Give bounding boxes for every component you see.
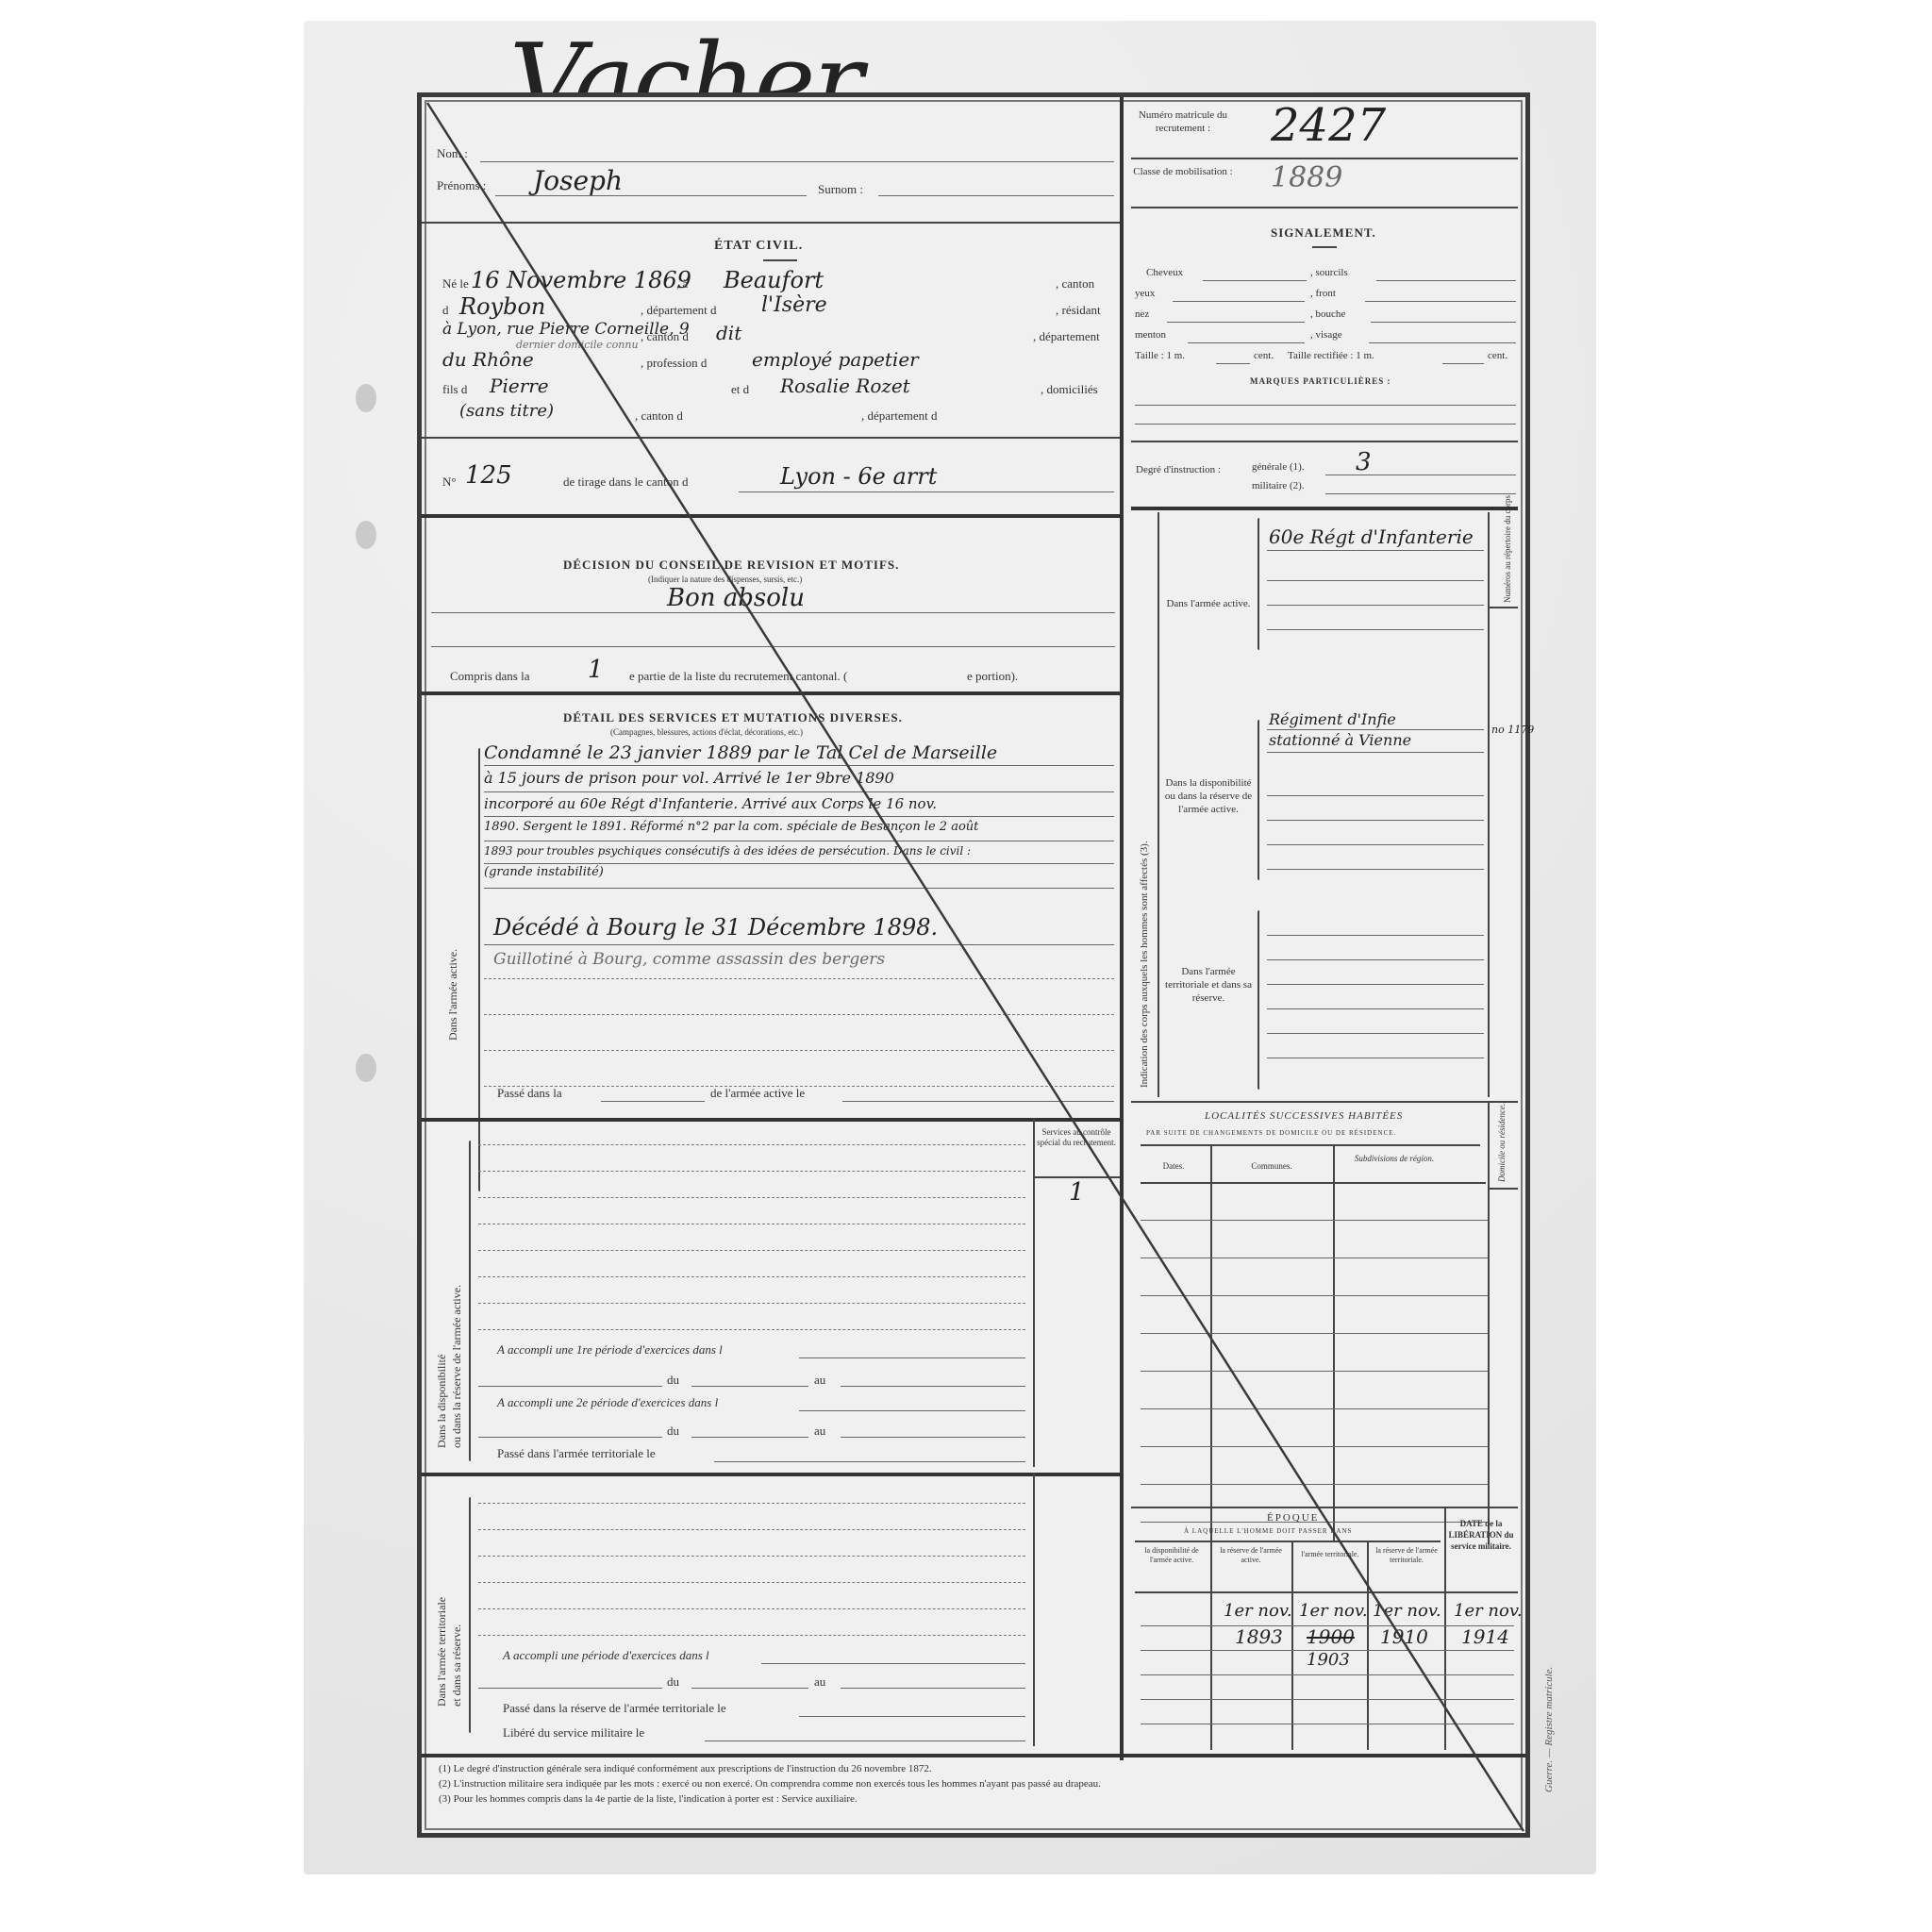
field-line xyxy=(1267,629,1484,630)
services-line: à 15 jours de prison pour vol. Arrivé le… xyxy=(484,769,894,787)
instruction-militaire-label: militaire (2). xyxy=(1252,480,1305,491)
departement3-label: , département d xyxy=(861,408,938,424)
numero-matricule-label: Numéro matricule du recrutement : xyxy=(1131,108,1235,135)
column-divider xyxy=(1444,1507,1446,1750)
corps-margin-header: Numéros au répertoire du corps xyxy=(1503,495,1512,603)
brace xyxy=(478,748,480,1191)
tirage-label: de tirage dans le canton d xyxy=(563,475,688,490)
surnom-label: Surnom : xyxy=(818,182,863,197)
field-line xyxy=(1325,493,1516,494)
ruled-line xyxy=(478,1144,1025,1145)
ruled-line xyxy=(478,1582,1025,1583)
pere-value: Pierre xyxy=(490,375,549,397)
profession-label: , profession d xyxy=(641,356,707,371)
column-divider xyxy=(1367,1542,1369,1750)
periode2-label: A accompli une 2e période d'exercices da… xyxy=(497,1395,718,1410)
decision-line xyxy=(431,646,1115,647)
field-line xyxy=(842,1101,1114,1102)
domicilies-label: , domiciliés xyxy=(1041,382,1098,397)
classe-label: Classe de mobilisation : xyxy=(1131,165,1235,178)
canton3-label: , canton d xyxy=(635,408,683,424)
epoque-col-header: la réserve de l'armée territoriale. xyxy=(1371,1546,1442,1565)
date-liberation-1: 1er nov. xyxy=(1454,1601,1523,1621)
domicile-value: (sans titre) xyxy=(459,401,554,421)
row-line xyxy=(1141,1446,1488,1447)
passe-label-1: Passé dans la xyxy=(497,1086,562,1101)
field-line xyxy=(1216,363,1250,364)
footnote-2: (2) L'instruction militaire sera indiqué… xyxy=(439,1778,1101,1790)
localites-col-dates: Dates. xyxy=(1141,1161,1207,1171)
services-line: incorporé au 60e Régt d'Infanterie. Arri… xyxy=(484,795,937,812)
instruction-label: Degré d'instruction : xyxy=(1131,463,1225,476)
ruled-line xyxy=(484,816,1114,817)
divider xyxy=(1131,1101,1518,1103)
divider xyxy=(1131,1507,1518,1508)
margin-divider xyxy=(1488,512,1490,1097)
brace xyxy=(1257,518,1259,650)
death-note: Guillotiné à Bourg, comme assassin des b… xyxy=(493,950,885,969)
compris-label-1: Compris dans la xyxy=(450,669,530,684)
ruled-line xyxy=(478,1171,1025,1172)
decision-subtitle: (Indiquer la nature des dispenses, sursi… xyxy=(648,575,802,584)
row-line xyxy=(1141,1674,1514,1675)
taille-label: Taille : 1 m. xyxy=(1135,350,1185,361)
services-line: (grande instabilité) xyxy=(484,865,604,879)
ruled-line xyxy=(484,765,1114,766)
decision-value: Bon absolu xyxy=(667,584,805,612)
row-line xyxy=(1141,1724,1514,1724)
localites-col-communes: Communes. xyxy=(1212,1161,1331,1171)
services-value: 1 xyxy=(1069,1178,1085,1207)
de-label: d xyxy=(442,303,449,318)
ruled-line xyxy=(478,1503,1025,1504)
ne-le-label: Né le xyxy=(442,276,469,291)
cent-label: cent. xyxy=(1254,350,1274,361)
divider xyxy=(1131,207,1518,208)
nom-label: Nom : xyxy=(437,146,468,161)
divider xyxy=(1490,607,1518,608)
epoque-col-header: l'armée territoriale. xyxy=(1295,1550,1365,1559)
field-line xyxy=(705,1740,1025,1741)
ruled-line xyxy=(484,1014,1114,1015)
compris-value: 1 xyxy=(588,656,604,684)
field-line xyxy=(1267,605,1484,606)
divider xyxy=(422,1754,1525,1757)
prenoms-line xyxy=(495,195,807,196)
mere-value: Rosalie Rozet xyxy=(780,375,910,397)
row-line xyxy=(1141,1257,1488,1258)
field-line xyxy=(1369,342,1516,343)
field-line xyxy=(1267,752,1484,753)
departement-label: , département d xyxy=(641,303,717,318)
epoque-territoriale-3: 1903 xyxy=(1307,1650,1350,1670)
tirage-value: Lyon - 6e arrt xyxy=(780,463,937,490)
column-divider xyxy=(1120,97,1124,1760)
disponibilite-side-label-1: Dans la disponibilité xyxy=(435,1355,449,1448)
menton-label: menton xyxy=(1135,329,1166,341)
printer-mark: Guerre. — Registre matricule. xyxy=(1543,1667,1555,1792)
epoque-col-header: la disponibilité de l'armée active. xyxy=(1135,1546,1208,1565)
ne-le-value: 16 Novembre 1869 xyxy=(471,267,691,293)
registre-form: Nom : Prénoms : Joseph Surnom : ÉTAT CIV… xyxy=(417,92,1530,1838)
ruled-line xyxy=(478,1224,1025,1224)
field-line xyxy=(691,1386,808,1387)
field-line xyxy=(1267,959,1484,960)
divider xyxy=(1135,1541,1441,1542)
field-line xyxy=(478,1688,662,1689)
column-divider xyxy=(1210,1542,1212,1750)
footnote-1: (1) Le degré d'instruction générale sera… xyxy=(439,1763,932,1774)
ruled-line xyxy=(478,1276,1025,1277)
services-line: Condamné le 23 janvier 1889 par le Tal C… xyxy=(484,742,997,763)
corps-active-label: Dans l'armée active. xyxy=(1163,597,1254,610)
prenoms-label: Prénoms : xyxy=(437,178,486,193)
services-column-divider xyxy=(1033,1118,1035,1467)
du-label: du xyxy=(667,1424,679,1439)
corps-disponibilite-value-2: stationné à Vienne xyxy=(1269,731,1411,749)
decision-title: DÉCISION DU CONSEIL DE REVISION ET MOTIF… xyxy=(563,558,899,573)
departement2-label: , département xyxy=(1033,329,1100,344)
field-line xyxy=(1376,280,1516,281)
field-line xyxy=(1267,1058,1484,1058)
au-label: au xyxy=(814,1424,825,1439)
field-line xyxy=(1267,580,1484,581)
yeux-label: yeux xyxy=(1135,288,1155,299)
ruled-line xyxy=(478,1303,1025,1304)
canton-value: Roybon xyxy=(459,293,545,320)
field-line xyxy=(1371,322,1516,323)
epoque-col-header: la réserve de l'armée active. xyxy=(1214,1546,1288,1565)
ruled-line xyxy=(484,888,1114,889)
row-line xyxy=(1141,1625,1514,1626)
territoriale-side-label-1: Dans l'armée territoriale xyxy=(435,1597,449,1707)
field-line xyxy=(1188,342,1305,343)
taille-rectifiee-label: Taille rectifiée : 1 m. xyxy=(1288,350,1374,361)
field-line xyxy=(1135,405,1516,406)
services-line: 1890. Sergent le 1891. Réformé n°2 par l… xyxy=(484,820,978,834)
column-divider xyxy=(1210,1146,1212,1542)
divider xyxy=(422,691,1120,695)
numero-matricule-value: 2427 xyxy=(1271,99,1386,152)
field-line xyxy=(1267,1008,1484,1009)
field-line xyxy=(841,1688,1025,1689)
compris-label-2: e partie de la liste du recrutement cant… xyxy=(629,669,847,684)
epoque-territoriale-1: 1er nov. xyxy=(1299,1601,1368,1621)
services-side-label: Dans l'armée active. xyxy=(446,949,460,1041)
field-line xyxy=(478,1437,662,1438)
ruled-line xyxy=(478,1608,1025,1609)
row-line xyxy=(1141,1371,1488,1372)
title-underline xyxy=(763,259,797,261)
epoque-reserve-territoriale-1: 1er nov. xyxy=(1373,1601,1441,1621)
periode1-label: A accompli une 1re période d'exercices d… xyxy=(497,1342,723,1357)
epoque-territoriale-2: 1900 xyxy=(1307,1625,1355,1648)
epoque-reserve-active-1: 1er nov. xyxy=(1224,1601,1292,1621)
brace xyxy=(469,1141,471,1461)
corps-disponibilite-margin: no 1179 xyxy=(1491,724,1534,736)
departement2-value: du Rhône xyxy=(442,348,534,371)
divider xyxy=(422,1118,1120,1122)
row-line xyxy=(1141,1295,1488,1296)
epoque-reserve-active-2: 1893 xyxy=(1235,1625,1283,1648)
field-line xyxy=(1267,795,1484,796)
localites-subtitle: PAR SUITE DE CHANGEMENTS DE DOMICILE OU … xyxy=(1146,1129,1396,1137)
field-line xyxy=(1442,363,1484,364)
au-label: au xyxy=(814,1373,825,1388)
ruled-line xyxy=(478,1556,1025,1557)
field-line xyxy=(478,1386,662,1387)
field-line xyxy=(1325,475,1516,475)
divider xyxy=(1141,1182,1486,1184)
divider xyxy=(422,514,1120,518)
services-line: 1893 pour troubles psychiques consécutif… xyxy=(484,844,971,858)
divider xyxy=(1490,1188,1518,1190)
brace xyxy=(469,1497,471,1733)
divider xyxy=(1141,1144,1480,1146)
corps-territoriale-label: Dans l'armée territoriale et dans sa rés… xyxy=(1163,965,1254,1005)
epoque-title: ÉPOQUE xyxy=(1267,1512,1319,1524)
residant-label: , résidant xyxy=(1056,303,1101,318)
ruled-line xyxy=(478,1250,1025,1251)
epoque-reserve-territoriale-2: 1910 xyxy=(1380,1625,1428,1648)
footnote-3: (3) Pour les hommes compris dans la 4e p… xyxy=(439,1793,858,1805)
divider xyxy=(1135,1591,1518,1593)
field-line xyxy=(1203,280,1307,281)
divider xyxy=(1131,507,1518,510)
classe-value: 1889 xyxy=(1271,161,1342,194)
field-line xyxy=(799,1357,1025,1358)
row-line xyxy=(1141,1220,1488,1221)
du-label: du xyxy=(667,1674,679,1690)
field-line xyxy=(799,1410,1025,1411)
field-line xyxy=(1267,869,1484,870)
row-line xyxy=(1141,1333,1488,1334)
libere-label: Libéré du service militaire le xyxy=(503,1725,644,1740)
row-line xyxy=(1141,1408,1488,1409)
title-underline xyxy=(1312,246,1337,248)
field-line xyxy=(1135,424,1516,425)
field-line xyxy=(761,1663,1025,1664)
prenoms-value: Joseph xyxy=(533,165,623,196)
divider xyxy=(1158,512,1159,1097)
field-line xyxy=(1365,301,1516,302)
services-header: Services au contrôle spécial du recrutem… xyxy=(1037,1127,1116,1148)
death-line: Décédé à Bourg le 31 Décembre 1898. xyxy=(493,914,938,941)
passe-territoriale-label: Passé dans l'armée territoriale le xyxy=(497,1446,656,1461)
punch-hole xyxy=(356,384,376,412)
localites-col-subdivisions: Subdivisions de région. xyxy=(1335,1154,1454,1164)
visage-label: , visage xyxy=(1310,329,1342,341)
date-liberation-2: 1914 xyxy=(1461,1625,1509,1648)
residence-note: dernier domicile connu xyxy=(516,339,639,351)
canton2-value: dit xyxy=(716,322,741,344)
divider xyxy=(422,437,1120,439)
corps-active-value: 60e Régt d'Infanterie xyxy=(1269,525,1474,548)
field-line xyxy=(1267,935,1484,936)
ruled-line xyxy=(484,863,1114,864)
ruled-line xyxy=(478,1329,1025,1330)
departement-value: l'Isère xyxy=(761,293,827,317)
localites-side-header: Domicile ou résidence. xyxy=(1497,1104,1507,1182)
field-line xyxy=(601,1101,705,1102)
corps-disponibilite-label: Dans la disponibilité ou dans la réserve… xyxy=(1163,776,1254,816)
date-liberation-header: DATE de la LIBÉRATION du service militai… xyxy=(1448,1518,1514,1552)
passe-reserve-label: Passé dans la réserve de l'armée territo… xyxy=(503,1701,726,1716)
field-line xyxy=(1267,1033,1484,1034)
ruled-line xyxy=(484,841,1114,841)
brace xyxy=(1257,910,1259,1090)
ruled-line xyxy=(484,791,1114,792)
field-line xyxy=(691,1437,808,1438)
field-line xyxy=(714,1461,1025,1462)
signalement-title: SIGNALEMENT. xyxy=(1271,225,1376,241)
field-line xyxy=(1267,844,1484,845)
compris-label-3: e portion). xyxy=(967,669,1018,684)
field-line xyxy=(841,1386,1025,1387)
sourcils-label: , sourcils xyxy=(1310,267,1348,278)
brace xyxy=(1257,720,1259,880)
tirage-line xyxy=(739,491,1114,492)
punch-hole xyxy=(356,521,376,549)
profession-value: employé papetier xyxy=(752,348,919,371)
territoriale-periode-label: A accompli une période d'exercices dans … xyxy=(503,1648,709,1663)
field-line xyxy=(691,1688,808,1689)
et-de-label: et d xyxy=(731,382,749,397)
field-line xyxy=(1173,301,1305,302)
nom-line xyxy=(480,161,1114,162)
field-line xyxy=(1267,550,1484,551)
canton2-label: , canton d xyxy=(641,329,689,344)
corps-disponibilite-value-1: Régiment d'Infie xyxy=(1269,710,1396,728)
field-line xyxy=(841,1437,1025,1438)
instruction-generale-label: générale (1). xyxy=(1252,461,1305,473)
bouche-label: , bouche xyxy=(1310,308,1345,320)
divider xyxy=(1131,158,1518,159)
column-divider xyxy=(1291,1542,1293,1750)
column-divider xyxy=(1488,1101,1490,1544)
front-label: , front xyxy=(1310,288,1336,299)
field-line xyxy=(1267,820,1484,821)
corps-side-label: Indication des corps auxquels les hommes… xyxy=(1139,841,1150,1088)
punch-hole xyxy=(356,1054,376,1082)
epoque-subtitle: À LAQUELLE L'HOMME DOIT PASSER DANS xyxy=(1184,1527,1352,1535)
disponibilite-side-label-2: ou dans la réserve de l'armée active. xyxy=(450,1285,464,1448)
marques-title: MARQUES PARTICULIÈRES : xyxy=(1250,376,1391,386)
services-title: DÉTAIL DES SERVICES ET MUTATIONS DIVERSE… xyxy=(563,710,903,725)
row-line xyxy=(1141,1484,1488,1485)
etat-civil-title: ÉTAT CIVIL. xyxy=(714,239,803,254)
ruled-line xyxy=(478,1635,1025,1636)
ruled-line xyxy=(484,1050,1114,1051)
fils-de-label: fils d xyxy=(442,382,467,397)
row-line xyxy=(1141,1650,1514,1651)
nez-label: nez xyxy=(1135,308,1149,320)
territoriale-side-label-2: et dans sa réserve. xyxy=(450,1624,464,1707)
instruction-generale-value: 3 xyxy=(1356,448,1372,476)
a-label: , à xyxy=(676,276,688,291)
au-label: au xyxy=(814,1674,825,1690)
ruled-line xyxy=(484,978,1114,979)
localites-title: LOCALITÉS SUCCESSIVES HABITÉES xyxy=(1205,1110,1403,1122)
ruled-line xyxy=(478,1529,1025,1530)
row-line xyxy=(1141,1699,1514,1700)
field-line xyxy=(1267,729,1484,730)
column-divider xyxy=(1333,1146,1335,1542)
tirage-no-label: N° xyxy=(442,475,457,490)
decision-line xyxy=(431,612,1115,613)
column-divider xyxy=(1033,1473,1035,1746)
field-line xyxy=(1267,984,1484,985)
field-line xyxy=(799,1716,1025,1717)
tirage-no-value: 125 xyxy=(465,461,512,490)
cent2-label: cent. xyxy=(1488,350,1507,361)
divider xyxy=(422,222,1120,224)
cheveux-label: Cheveux xyxy=(1146,267,1183,278)
lieu-naissance-value: Beaufort xyxy=(724,267,824,293)
services-subtitle: (Campagnes, blessures, actions d'éclat, … xyxy=(610,727,803,737)
surnom-line xyxy=(878,195,1114,196)
divider xyxy=(422,1473,1120,1476)
passe-label-2: de l'armée active le xyxy=(710,1086,805,1101)
ruled-line xyxy=(478,1197,1025,1198)
canton-label: , canton xyxy=(1056,276,1094,291)
ruled-line xyxy=(484,944,1114,945)
du-label: du xyxy=(667,1373,679,1388)
divider xyxy=(1131,441,1518,442)
field-line xyxy=(1167,322,1305,323)
